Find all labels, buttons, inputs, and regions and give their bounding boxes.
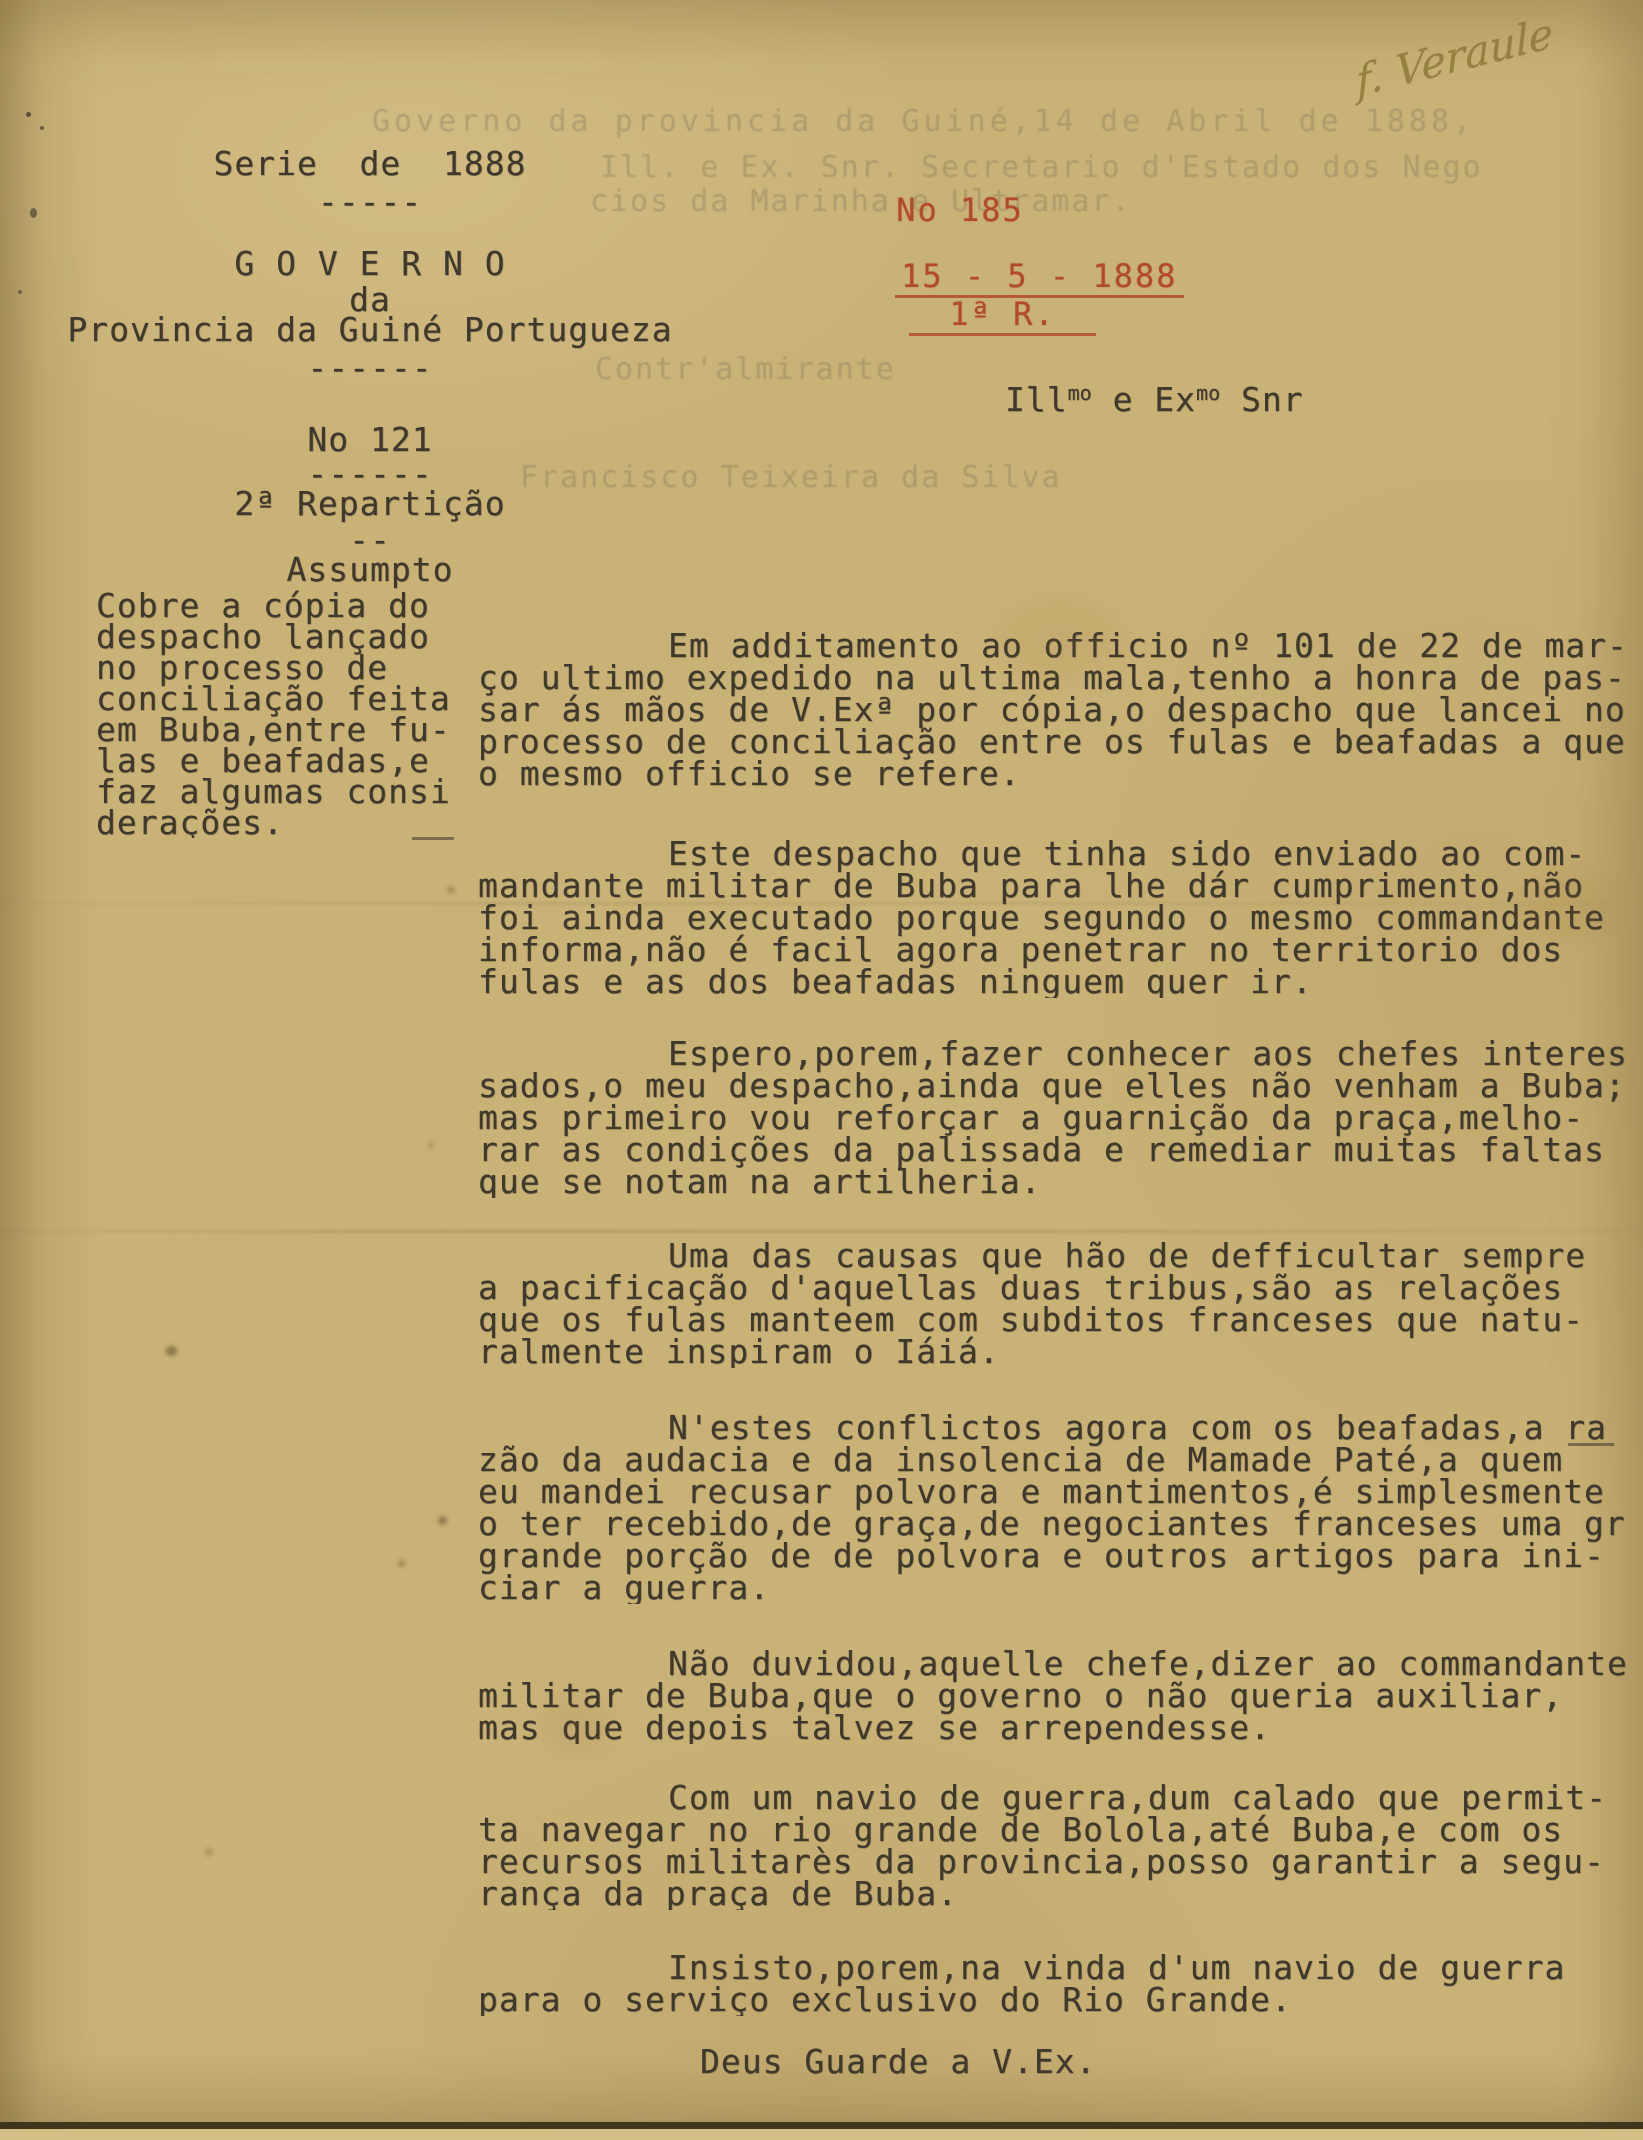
paper-stain bbox=[540, 1700, 610, 1750]
body-paragraph: Não duvidou,aquelle chefe,dizer ao comma… bbox=[478, 1648, 1643, 1744]
ink-speck bbox=[26, 112, 31, 117]
subject-label: Assumpto bbox=[60, 554, 680, 586]
subject-summary: Cobre a cópia do despacho lançado no pro… bbox=[96, 590, 486, 838]
ink-speck bbox=[30, 208, 37, 218]
body-paragraph: N'estes conflictos agora com os beafadas… bbox=[478, 1412, 1643, 1604]
salutation-text: e Ex bbox=[1092, 380, 1196, 419]
foxing-spot bbox=[166, 1346, 177, 1356]
salutation-superscript: mo bbox=[1196, 381, 1220, 405]
page-bottom-edge bbox=[0, 2122, 1643, 2129]
government-title: G O V E R N O bbox=[60, 248, 680, 280]
paper-crease bbox=[0, 1230, 1643, 1233]
ink-speck bbox=[40, 126, 44, 130]
paper-stain bbox=[1520, 870, 1610, 940]
body-paragraph: Com um navio de guerra,dum calado que pe… bbox=[478, 1782, 1643, 1910]
body-paragraph: Insisto,porem,na vinda d'um navio de gue… bbox=[478, 1952, 1643, 2016]
registry-stamp: No 185 15 - 5 - 1888 1ª R. bbox=[810, 128, 1110, 369]
continuation-underline bbox=[1568, 1443, 1614, 1446]
continuation-underline bbox=[412, 837, 454, 840]
scan-backing bbox=[0, 2129, 1643, 2140]
salutation-text: Ill bbox=[1005, 380, 1068, 419]
stamp-number: No 185 bbox=[810, 194, 1110, 227]
foxing-spot bbox=[447, 886, 455, 894]
salutation-superscript: mo bbox=[1068, 381, 1092, 405]
foxing-spot bbox=[398, 1560, 405, 1567]
stamp-date: 15 - 5 - 1888 bbox=[895, 260, 1183, 298]
paper-stain bbox=[1000, 600, 1120, 680]
ink-speck bbox=[18, 290, 22, 294]
handwritten-initials: f. Veraule bbox=[1355, 0, 1640, 106]
closing-formula: Deus Guarde a V.Ex. bbox=[700, 2046, 1097, 2078]
body-paragraph: Uma das causas que hão de defficultar se… bbox=[478, 1240, 1643, 1368]
province-name: Provincia da Guiné Portugueza bbox=[60, 314, 680, 346]
foxing-spot bbox=[205, 1848, 213, 1856]
body-paragraph: Este despacho que tinha sido enviado ao … bbox=[478, 838, 1643, 998]
paper-crease bbox=[0, 902, 1643, 905]
document-number: No 121 bbox=[60, 424, 680, 456]
body-paragraph: Espero,porem,fazer conhecer aos chefes i… bbox=[478, 1038, 1643, 1198]
foxing-spot bbox=[438, 1516, 447, 1525]
divider: ------ bbox=[60, 352, 680, 384]
divider: ----- bbox=[60, 186, 680, 218]
department-line: 2ª Repartição bbox=[60, 488, 680, 520]
stamp-registry: 1ª R. bbox=[909, 298, 1095, 336]
series-line: Serie de 1888 bbox=[60, 148, 680, 180]
scanned-letter-page: Governo da provincia da Guiné,14 de Abri… bbox=[0, 0, 1643, 2140]
foxing-spot bbox=[428, 1142, 434, 1148]
salutation-text: Snr bbox=[1220, 380, 1303, 419]
salutation: Illmo e Exmo Snr bbox=[1005, 384, 1304, 420]
